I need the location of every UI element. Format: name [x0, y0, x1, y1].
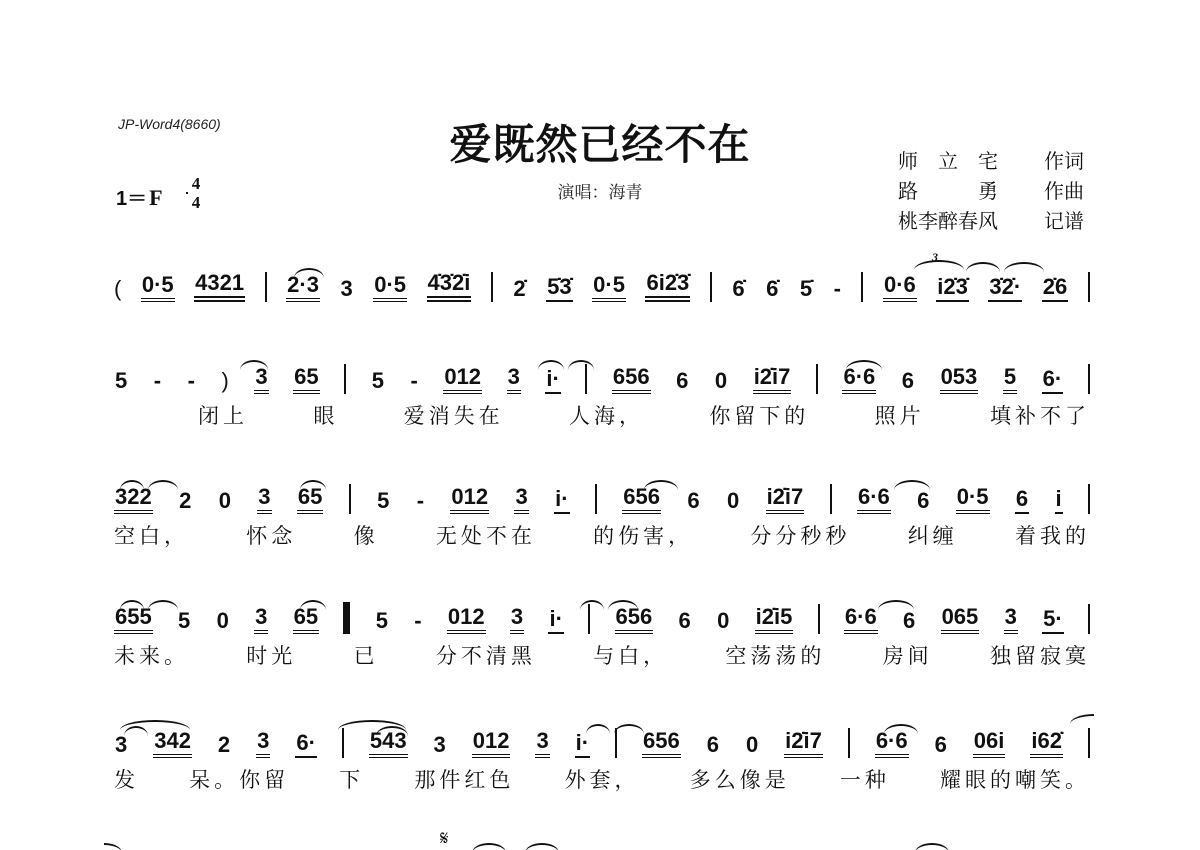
note: 656	[612, 364, 651, 394]
note: 0	[716, 608, 730, 634]
note: 5	[375, 608, 389, 634]
lyric: 耀眼的嘲笑。	[940, 764, 1090, 794]
lyric: 照片	[875, 400, 925, 430]
note: i2̇3̇	[936, 274, 969, 302]
note: 0·5	[956, 484, 990, 514]
note: 3	[1004, 604, 1018, 634]
barline	[342, 728, 344, 758]
transcriber-role: 记谱	[1044, 206, 1084, 236]
barline	[1088, 272, 1090, 302]
note: 6i2̇3̇	[645, 270, 690, 302]
note: i2̇i5	[755, 604, 794, 634]
note: 65	[293, 364, 319, 394]
note: 0	[218, 488, 232, 514]
repeat-start-barline	[343, 602, 350, 634]
lyrics-row: 未来。 时光 已 分不清黑 与白， 空荡荡的 房间 独留寂寞	[114, 640, 1090, 670]
time-signature-divider	[186, 192, 188, 194]
note: 6·6	[857, 484, 891, 514]
note: 5	[371, 368, 385, 394]
lyric: 下	[339, 764, 364, 794]
note: 5	[1003, 364, 1017, 394]
lyric: 着我的	[1015, 520, 1090, 550]
note: 0·6	[883, 272, 917, 302]
note: 0·5	[141, 272, 175, 302]
barline	[265, 272, 267, 302]
barline	[349, 484, 351, 514]
note: 6	[902, 608, 916, 634]
note: 012	[443, 364, 482, 394]
lyric: 发	[114, 764, 139, 794]
barline	[491, 272, 493, 302]
barline	[818, 604, 820, 634]
note: i·	[554, 486, 569, 514]
lyric: 的伤害，	[593, 520, 693, 550]
note: 06i	[973, 728, 1006, 758]
note: 3	[514, 484, 528, 514]
note: 3	[433, 732, 447, 758]
note: 6	[678, 608, 692, 634]
note: 6̇	[765, 276, 779, 302]
slur	[472, 843, 506, 850]
note: i2̇i7	[766, 484, 805, 514]
lyric: 房间	[883, 640, 933, 670]
note: 3	[256, 728, 270, 758]
lyric: 你留下的	[709, 400, 809, 430]
barline	[861, 272, 863, 302]
note: -	[833, 276, 842, 302]
triplet-mark: 3	[932, 250, 938, 265]
lyric: 那件红色	[414, 764, 514, 794]
lyrics-row: 发 呆。你留 下 那件红色 外套， 多么像是 一种 耀眼的嘲笑。	[114, 764, 1090, 794]
lyric: 人海，	[569, 400, 644, 430]
note: 656	[642, 728, 681, 758]
note: -	[187, 368, 196, 394]
note: 2	[178, 488, 192, 514]
note: 5̇3̇	[546, 274, 572, 302]
time-signature-top: 4	[192, 174, 201, 193]
note: 0	[745, 732, 759, 758]
note: 3	[535, 728, 549, 758]
note: 4̇3̇2̇i	[427, 270, 472, 302]
slur	[1070, 714, 1094, 724]
note: 3	[257, 484, 271, 514]
lyric: 与白，	[593, 640, 668, 670]
lyric: 闭上	[198, 400, 248, 430]
note: 2	[217, 732, 231, 758]
note: 6·	[1042, 366, 1064, 394]
lyric: 未来。	[114, 640, 189, 670]
note: 3̇2̇·	[988, 274, 1022, 302]
lyrics-row: 空白， 怀念 像 无处不在 的伤害， 分分秒秒 纠缠 着我的	[114, 520, 1090, 550]
time-signature: 4 4	[186, 176, 206, 210]
lyrics-row: 闭上 眼 爱消失在 人海， 你留下的 照片 填补不了	[114, 400, 1090, 430]
barline	[848, 728, 850, 758]
note: 4321	[194, 270, 245, 302]
note: 065	[941, 604, 980, 634]
slur	[104, 843, 122, 850]
note: 5·	[1042, 606, 1064, 634]
note: 6̇	[731, 276, 745, 302]
note: i2̇i7	[784, 728, 823, 758]
lyric: 纠缠	[908, 520, 958, 550]
lyric: 无处不在	[436, 520, 536, 550]
note: 342	[153, 728, 192, 758]
credits-block: 师 立 宅作词 路 勇作曲 桃李醉春风记谱	[898, 146, 1084, 236]
lyric: 分分秒秒	[750, 520, 850, 550]
barline	[595, 484, 597, 514]
barline	[1088, 604, 1090, 634]
note: 6	[934, 732, 948, 758]
note: 6	[901, 368, 915, 394]
note: -	[409, 368, 418, 394]
lyric: 一种	[840, 764, 890, 794]
note: 0	[726, 488, 740, 514]
slur	[915, 843, 949, 850]
lyric: 独留寂寞	[990, 640, 1090, 670]
composer-name: 路 勇	[898, 176, 998, 206]
lyric: 分不清黑	[436, 640, 536, 670]
note: -	[153, 368, 162, 394]
note: i	[1055, 486, 1063, 514]
note: 012	[447, 604, 486, 634]
lyric: 外套，	[565, 764, 640, 794]
note: 6	[686, 488, 700, 514]
score-line-3: 322 2 0 3 65 5 - 012 3 i· 656 6 0 i2̇i7 …	[114, 474, 1090, 554]
note: 3	[507, 364, 521, 394]
barline	[830, 484, 832, 514]
slur	[525, 843, 559, 850]
score-line-4: 655 5 0 3 65 5 - 012 3 i· 656 6 0 i2̇i5 …	[114, 594, 1090, 674]
lyric: 呆。你留	[189, 764, 289, 794]
key-name: F	[149, 185, 162, 210]
lyricist-name: 师 立 宅	[898, 146, 998, 176]
barline	[1088, 484, 1090, 514]
note: 3	[339, 276, 353, 302]
note: 3	[254, 604, 268, 634]
note: -	[413, 608, 422, 634]
note: 053	[940, 364, 979, 394]
score-line-2: 5 - - ) 3 65 5 - 012 3 i· 656 6 0 i2̇i7 …	[114, 354, 1090, 434]
time-signature-bottom: 4	[192, 193, 201, 212]
barline	[1088, 728, 1090, 758]
note: i·	[575, 730, 590, 758]
key-prefix: 1＝	[116, 188, 147, 210]
barline	[710, 272, 712, 302]
note: 2̇6	[1042, 274, 1068, 302]
lyric: 时光	[246, 640, 296, 670]
score-line-5: 3 342 2 3 6· 543 3 012 3 i· 656 6 0 i2̇i…	[114, 718, 1090, 798]
note: 5̇	[799, 276, 813, 302]
note: 0	[714, 368, 728, 394]
note: 0	[216, 608, 230, 634]
lyricist-role: 作词	[1044, 146, 1084, 176]
notes-row: 655 5 0 3 65 5 - 012 3 i· 656 6 0 i2̇i5 …	[114, 594, 1090, 634]
lyric: 填补不了	[990, 400, 1090, 430]
note: 0·5	[373, 272, 407, 302]
note: 012	[472, 728, 511, 758]
note: 6·6	[844, 604, 878, 634]
note: i·	[548, 606, 563, 634]
barline	[344, 364, 346, 394]
note: -	[416, 488, 425, 514]
note: 6	[706, 732, 720, 758]
lyric: 空荡荡的	[725, 640, 825, 670]
note: 012	[450, 484, 489, 514]
credit-transcriber: 桃李醉春风记谱	[898, 206, 1084, 236]
lyric: 多么像是	[690, 764, 790, 794]
note: 5	[114, 368, 128, 394]
lyric: 空白，	[114, 520, 189, 550]
lyric: 眼	[313, 400, 338, 430]
notes-row: 5 - - ) 3 65 5 - 012 3 i· 656 6 0 i2̇i7 …	[114, 354, 1090, 394]
lyric: 爱消失在	[404, 400, 504, 430]
lyric: 像	[354, 520, 379, 550]
lyric: 怀念	[246, 520, 296, 550]
lyric: 已	[354, 640, 379, 670]
transcriber-name: 桃李醉春风	[898, 206, 998, 236]
segno-sign: 𝄋	[440, 826, 449, 850]
barline	[1088, 364, 1090, 394]
note: 2̇	[512, 276, 526, 302]
barline	[816, 364, 818, 394]
note: 6	[916, 488, 930, 514]
note: 5	[177, 608, 191, 634]
key-signature: 1＝F	[116, 182, 163, 211]
score-line-1: ( 0·5 4321 2·3 3 0·5 4̇3̇2̇i 2̇ 5̇3̇ 0·5…	[114, 262, 1090, 312]
note: 6	[675, 368, 689, 394]
credit-composer: 路 勇作曲	[898, 176, 1084, 206]
note: 6·	[295, 730, 317, 758]
note: 3	[510, 604, 524, 634]
note: i2̇i7	[753, 364, 792, 394]
note: i62̇	[1030, 728, 1063, 758]
composer-role: 作曲	[1044, 176, 1084, 206]
note: )	[221, 368, 230, 394]
note: 5	[376, 488, 390, 514]
note: 6	[1015, 486, 1029, 514]
note: (	[114, 276, 121, 302]
credit-lyricist: 师 立 宅作词	[898, 146, 1084, 176]
note: i·	[545, 366, 560, 394]
notes-row: 322 2 0 3 65 5 - 012 3 i· 656 6 0 i2̇i7 …	[114, 474, 1090, 514]
note: 0·5	[592, 272, 626, 302]
